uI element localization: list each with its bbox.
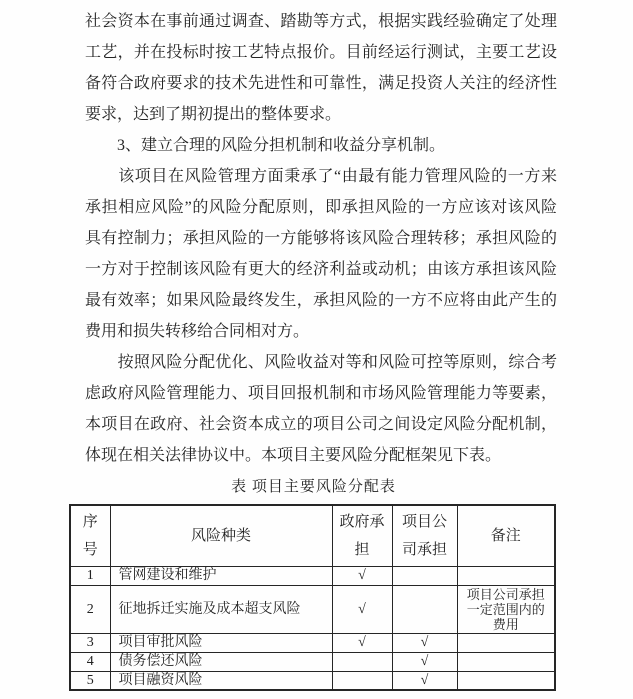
paragraph-line: 备符合政府要求的技术先进性和可靠性，满足投资人关注的经济性 <box>85 68 557 99</box>
header-company-bears: 项目公司承担 <box>392 505 457 566</box>
paragraph-line: 按照风险分配优化、风险收益对等和风险可控等原则，综合考 <box>85 347 557 378</box>
paragraph-line: 承担相应风险”的风险分配原则，即承担风险的一方应该对该风险 <box>85 192 557 223</box>
company-check-cell <box>392 585 457 633</box>
paragraph-line: 要求，达到了期初提出的整体要求。 <box>85 99 557 130</box>
row-number-cell: 1 <box>70 566 110 585</box>
company-check-cell: √ <box>392 633 457 652</box>
paragraph-line: 该项目在风险管理方面秉承了“由最有能力管理风险的一方来 <box>85 161 557 192</box>
paragraph-line: 一方对于控制该风险有更大的经济利益或动机；由该方承担该风险 <box>85 254 557 285</box>
risk-name-cell: 项目融资风险 <box>110 671 332 690</box>
risk-name-cell: 债务偿还风险 <box>110 652 332 671</box>
table-row: 1 管网建设和维护 √ <box>70 566 555 585</box>
table-row: 2 征地拆迁实施及成本超支风险 √ 项目公司承担一定范围内的费用 <box>70 585 555 633</box>
document-page: 社会资本在事前通过调查、踏勘等方式，根据实践经验确定了处理 工艺，并在投标时按工… <box>0 0 633 699</box>
table-row: 5 项目融资风险 √ <box>70 671 555 690</box>
remark-cell <box>457 671 555 690</box>
remark-cell: 项目公司承担一定范围内的费用 <box>457 585 555 633</box>
remark-cell <box>457 633 555 652</box>
paragraph-line: 最有效率；如果风险最终发生，承担风险的一方不应将由此产生的 <box>85 285 557 316</box>
company-check-cell <box>392 566 457 585</box>
gov-check-cell <box>332 652 392 671</box>
gov-check-cell <box>332 671 392 690</box>
gov-check-cell: √ <box>332 585 392 633</box>
section-heading-line: 3、建立合理的风险分担机制和收益分享机制。 <box>85 130 557 161</box>
row-number-cell: 4 <box>70 652 110 671</box>
paragraph-line: 本项目在政府、社会资本成立的项目公司之间设定风险分配机制， <box>85 409 557 440</box>
header-remark: 备注 <box>457 505 555 566</box>
header-gov-bears: 政府承担 <box>332 505 392 566</box>
paragraph-line: 社会资本在事前通过调查、踏勘等方式，根据实践经验确定了处理 <box>85 6 557 37</box>
header-risk-type: 风险种类 <box>110 505 332 566</box>
row-number-cell: 3 <box>70 633 110 652</box>
gov-check-cell: √ <box>332 633 392 652</box>
row-number-cell: 5 <box>70 671 110 690</box>
paragraph-line: 工艺，并在投标时按工艺特点报价。目前经运行测试，主要工艺设 <box>85 37 557 68</box>
table-title: 表 项目主要风险分配表 <box>70 477 557 497</box>
table-row: 4 债务偿还风险 √ <box>70 652 555 671</box>
row-number-cell: 2 <box>70 585 110 633</box>
remark-cell <box>457 652 555 671</box>
header-index: 序号 <box>70 505 110 566</box>
risk-allocation-table: 序号 风险种类 政府承担 项目公司承担 备注 1 管网建设和维护 √ 2 征地拆… <box>69 504 556 691</box>
company-check-cell: √ <box>392 652 457 671</box>
risk-name-cell: 征地拆迁实施及成本超支风险 <box>110 585 332 633</box>
gov-check-cell: √ <box>332 566 392 585</box>
paragraph-line: 具有控制力；承担风险的一方能够将该风险合理转移；承担风险的 <box>85 223 557 254</box>
paragraph-line: 体现在相关法律协议中。本项目主要风险分配框架见下表。 <box>85 440 557 471</box>
paragraph-line: 费用和损失转移给合同相对方。 <box>85 316 557 347</box>
body-text: 社会资本在事前通过调查、踏勘等方式，根据实践经验确定了处理 工艺，并在投标时按工… <box>85 6 557 471</box>
table-header-row: 序号 风险种类 政府承担 项目公司承担 备注 <box>70 505 555 566</box>
risk-name-cell: 项目审批风险 <box>110 633 332 652</box>
table-row: 3 项目审批风险 √ √ <box>70 633 555 652</box>
remark-cell <box>457 566 555 585</box>
paragraph-line: 虑政府风险管理能力、项目回报机制和市场风险管理能力等要素， <box>85 378 557 409</box>
risk-name-cell: 管网建设和维护 <box>110 566 332 585</box>
company-check-cell: √ <box>392 671 457 690</box>
